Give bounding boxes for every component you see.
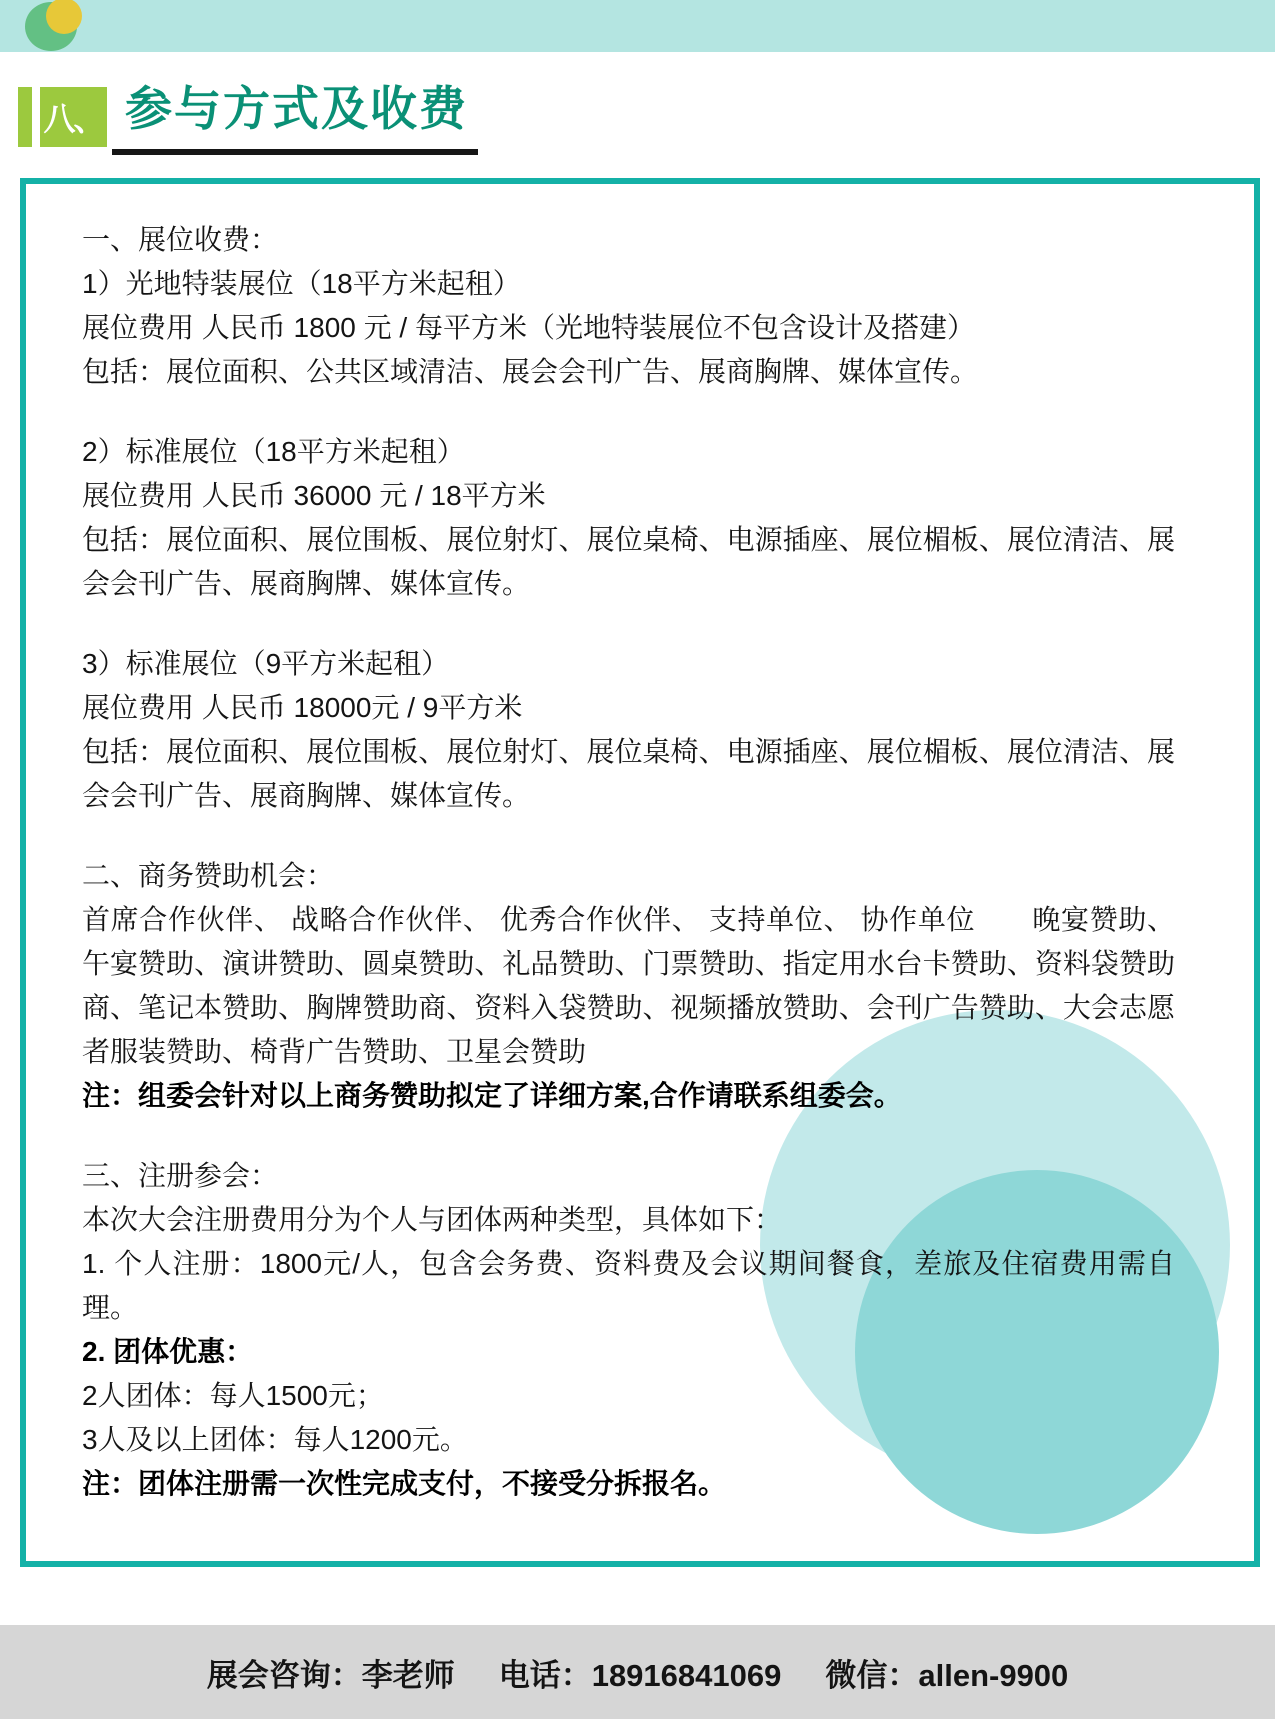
- paragraph: 1）光地特装展位（18平方米起租）: [82, 262, 1175, 306]
- paragraph: 展位费用 人民币 36000 元 / 18平方米: [82, 474, 1175, 518]
- paragraph: 包括：展位面积、展位围板、展位射灯、展位桌椅、电源插座、展位楣板、展位清洁、展会…: [82, 730, 1175, 818]
- paragraph: 首席合作伙伴、 战略合作伙伴、 优秀合作伙伴、 支持单位、 协作单位 晚宴赞助、…: [82, 898, 1175, 1074]
- content-text: 一、展位收费：1）光地特装展位（18平方米起租）展位费用 人民币 1800 元 …: [26, 184, 1254, 1506]
- paragraph: 2）标准展位（18平方米起租）: [82, 430, 1175, 474]
- paragraph: 展位费用 人民币 1800 元 / 每平方米（光地特装展位不包含设计及搭建）: [82, 306, 1175, 350]
- footer-bar: 展会咨询：李老师电话：18916841069微信：allen-9900: [0, 1625, 1275, 1719]
- paragraph: 注：组委会针对以上商务赞助拟定了详细方案,合作请联系组委会。: [82, 1074, 1175, 1118]
- content-box: 一、展位收费：1）光地特装展位（18平方米起租）展位费用 人民币 1800 元 …: [20, 178, 1260, 1567]
- footer-contact-item: 展会咨询：李老师: [207, 1658, 455, 1693]
- paragraph: 三、注册参会：: [82, 1154, 1175, 1198]
- paragraph: 1. 个人注册：1800元/人，包含会务费、资料费及会议期间餐食，差旅及住宿费用…: [82, 1242, 1175, 1330]
- footer-contact: 展会咨询：李老师电话：18916841069微信：allen-9900: [185, 1650, 1091, 1695]
- paragraph: 本次大会注册费用分为个人与团体两种类型，具体如下：: [82, 1198, 1175, 1242]
- paragraph: 展位费用 人民币 18000元 / 9平方米: [82, 686, 1175, 730]
- section-header: 八、 参与方式及收费: [18, 87, 468, 147]
- footer-contact-item: 微信：allen-9900: [825, 1658, 1068, 1693]
- accent-bar: [18, 87, 32, 147]
- paragraph: 包括：展位面积、展位围板、展位射灯、展位桌椅、电源插座、展位楣板、展位清洁、展会…: [82, 518, 1175, 606]
- top-band: [0, 0, 1275, 52]
- paragraph: 3）标准展位（9平方米起租）: [82, 642, 1175, 686]
- paragraph: 一、展位收费：: [82, 218, 1175, 262]
- paragraph: 二、商务赞助机会：: [82, 854, 1175, 898]
- section-number-badge: 八、: [40, 87, 107, 147]
- footer-contact-item: 电话：18916841069: [499, 1658, 782, 1693]
- title-underline: [112, 149, 478, 155]
- paragraph: 包括：展位面积、公共区域清洁、展会会刊广告、展商胸牌、媒体宣传。: [82, 350, 1175, 394]
- paragraph: 2人团体：每人1500元；: [82, 1374, 1175, 1418]
- paragraph: 3人及以上团体：每人1200元。: [82, 1418, 1175, 1462]
- page-title: 参与方式及收费: [125, 81, 468, 137]
- flyer-page: 八、 参与方式及收费 一、展位收费：1）光地特装展位（18平方米起租）展位费用 …: [0, 0, 1275, 1719]
- paragraph: 2. 团体优惠：: [82, 1330, 1175, 1374]
- paragraph: 注：团体注册需一次性完成支付，不接受分拆报名。: [82, 1462, 1175, 1506]
